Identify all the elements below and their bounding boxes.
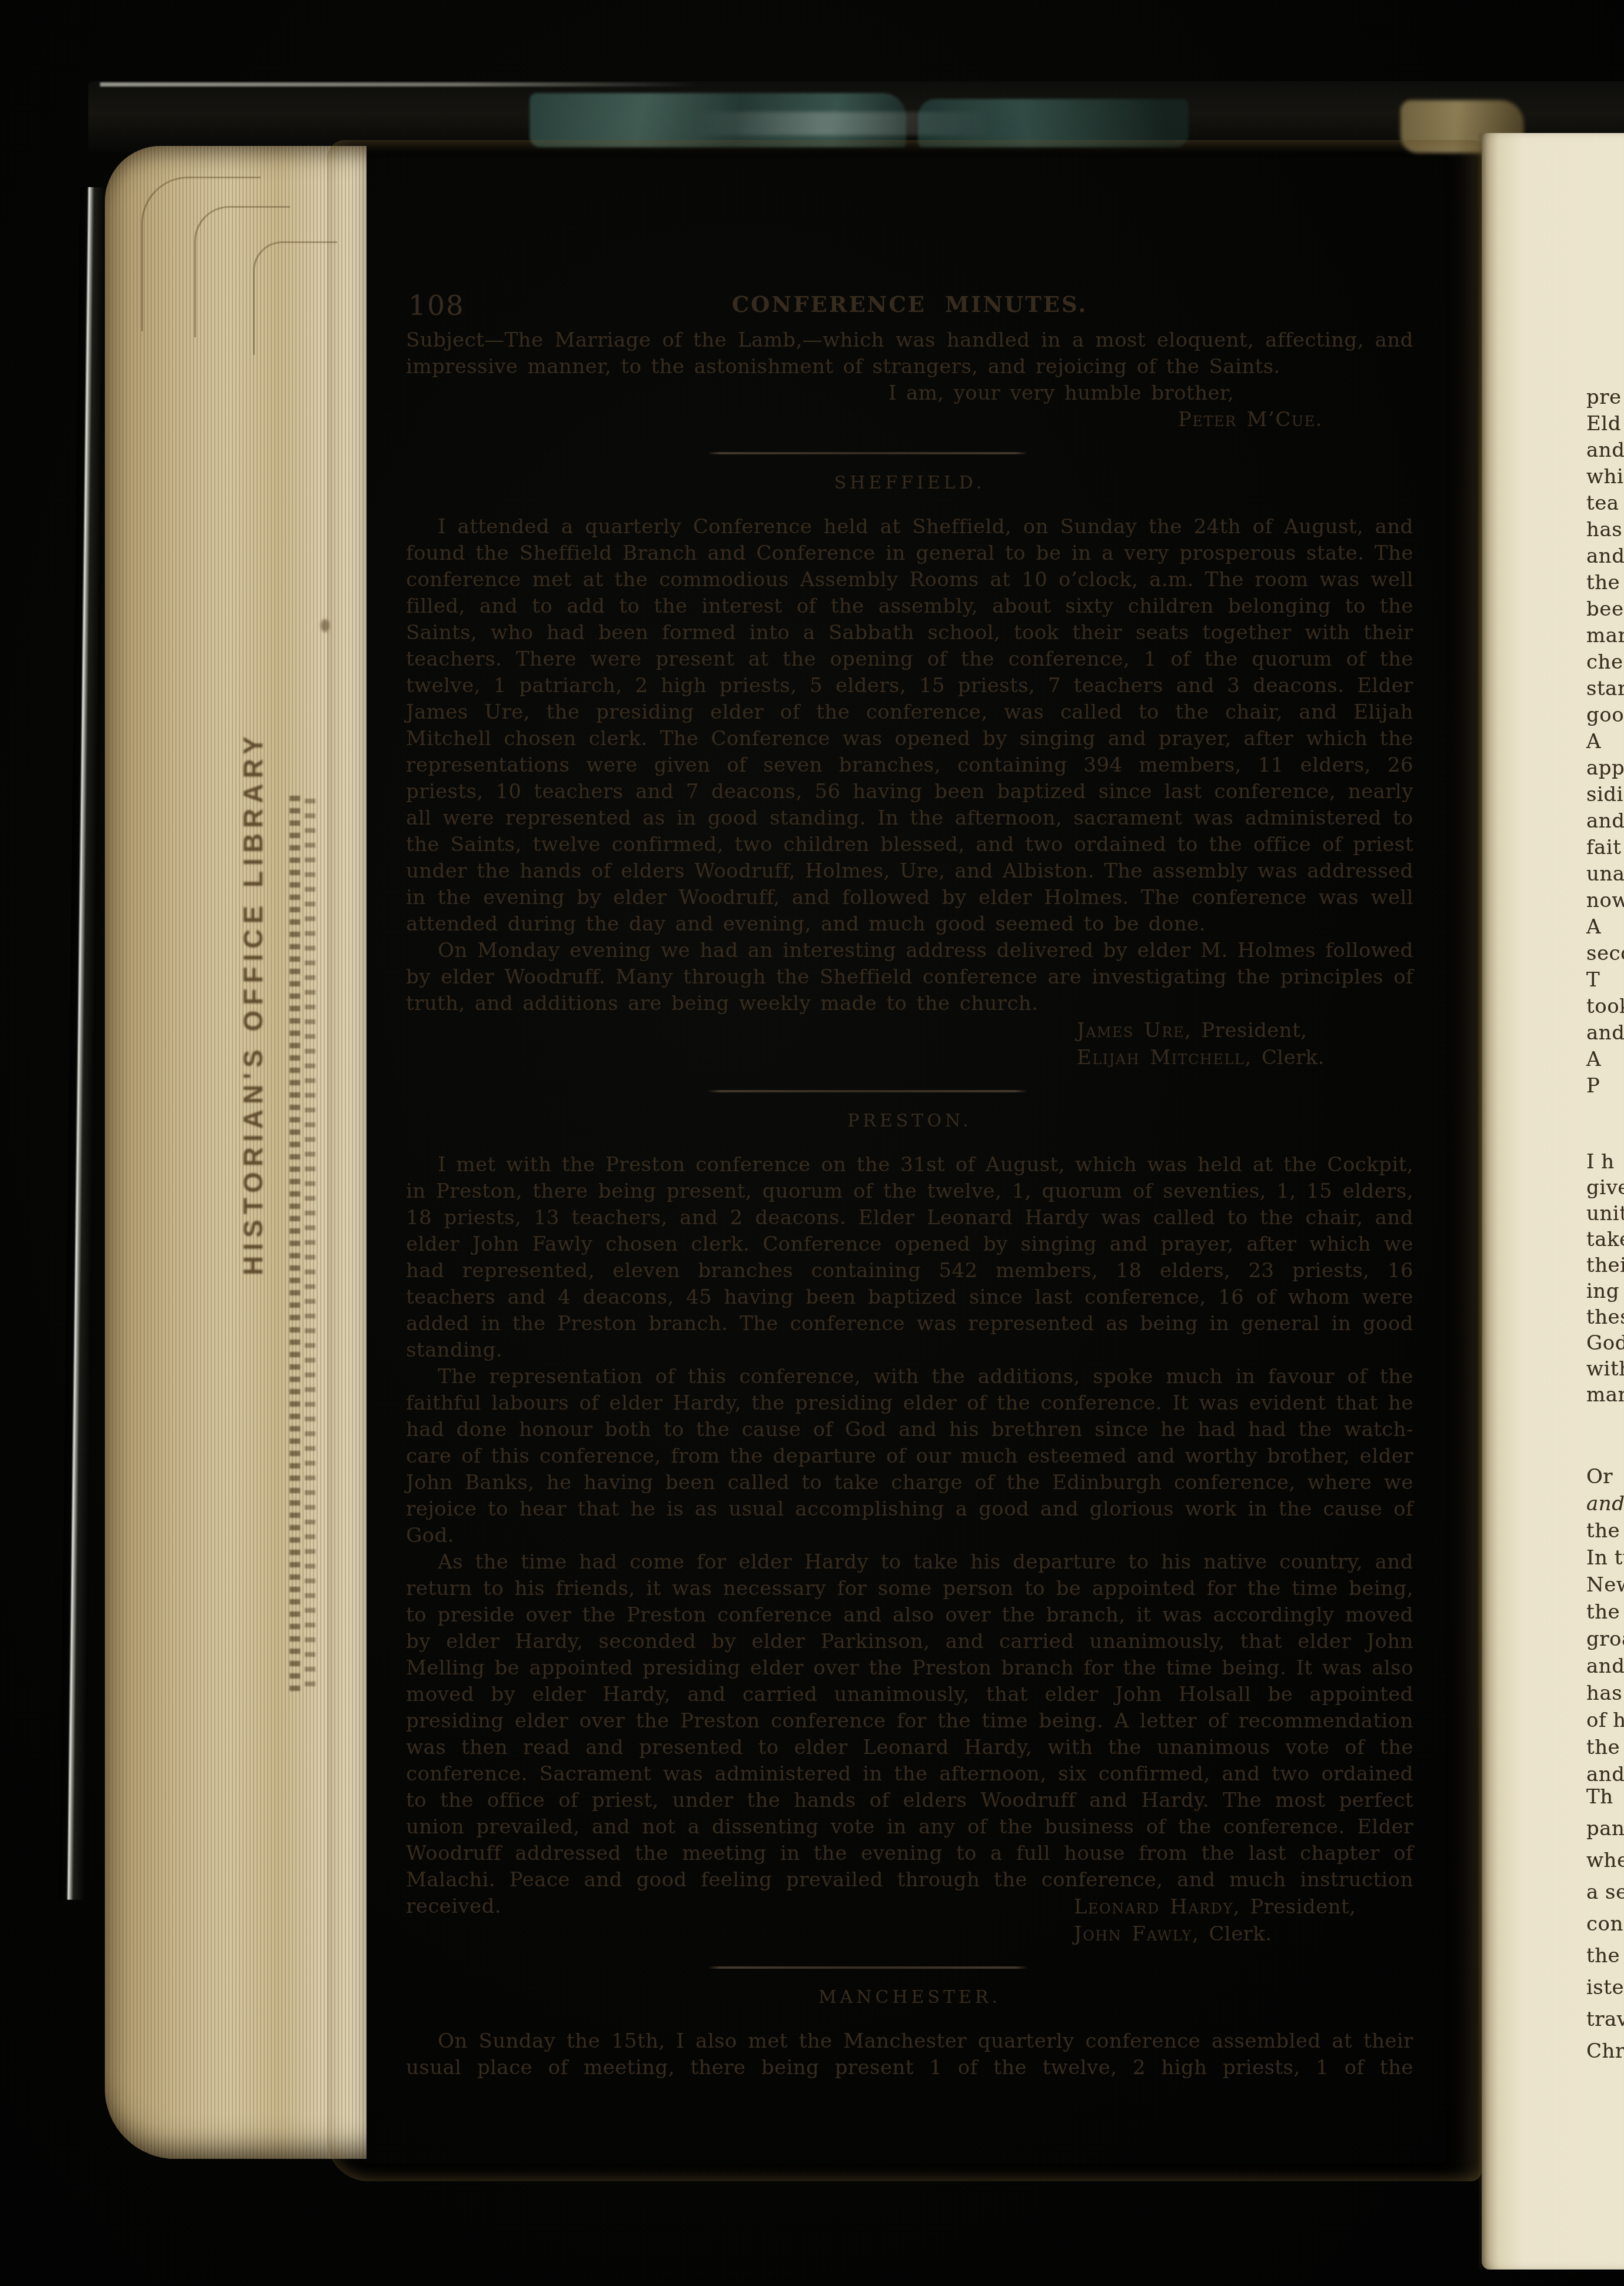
facing-page-fragment-block: I hgiveunitetaketheiring ttheseGodwithma… — [1586, 1149, 1624, 1408]
fragment-line: fait — [1586, 835, 1624, 861]
page-header: 108 CONFERENCE MINUTES. — [406, 281, 1413, 319]
fragment-line: Th — [1586, 1781, 1624, 1813]
fragment-line: tea — [1586, 490, 1624, 517]
fragment-line: T — [1586, 967, 1624, 994]
fragment-line: seco — [1586, 941, 1624, 967]
preston-paragraph-2: The representation of this conference, w… — [406, 1364, 1413, 1549]
fragment-line: has b — [1586, 1680, 1624, 1707]
fragment-line: and — [1586, 808, 1624, 835]
fragment-line: whi — [1586, 464, 1624, 490]
subject-paragraph: Subject—The Marriage of the Lamb,—which … — [406, 327, 1413, 380]
fragment-line: goo — [1586, 702, 1624, 729]
facing-page: preEldandwhiteahasandthebeemarchestargoo… — [1482, 133, 1624, 2270]
fragment-line: wher — [1586, 1845, 1624, 1876]
fragment-line: and — [1586, 543, 1624, 570]
fragment-line: New — [1586, 1571, 1624, 1599]
manchester-paragraph-1: On Sunday the 15th, I also met the Manch… — [406, 2028, 1413, 2081]
signature-title: Clerk. — [1209, 1922, 1272, 1946]
fragment-line: these — [1586, 1304, 1624, 1330]
ink-dash-strip — [289, 796, 300, 1696]
sheffield-signature-block: James Ure, President, Elijah Mitchell, C… — [1077, 1017, 1413, 1071]
facing-page-fragment-block: preEldandwhiteahasandthebeemarchestargoo… — [1586, 384, 1624, 1099]
fragment-line: now — [1586, 888, 1624, 914]
signature-name: Leonard Hardy, — [1074, 1895, 1240, 1919]
fragment-line: many — [1586, 1382, 1624, 1408]
fragment-line: take — [1586, 1227, 1624, 1252]
sheffield-paragraph-1: I attended a quarterly Conference held a… — [406, 514, 1413, 938]
preston-signature-block: Leonard Hardy, President, John Fawly, Cl… — [1074, 1893, 1413, 1948]
ink-dash-strip — [305, 796, 315, 1696]
fragment-line: A — [1586, 1046, 1624, 1073]
fragment-line: star — [1586, 676, 1624, 702]
fragment-line: A — [1586, 729, 1624, 755]
letter-signature: Peter M’Cue. — [1178, 407, 1413, 433]
section-divider — [707, 1966, 1028, 1969]
signature-title: Clerk. — [1262, 1046, 1325, 1069]
signature-title: President, — [1250, 1895, 1356, 1919]
fragment-line: give — [1586, 1175, 1624, 1201]
fragment-line: istere — [1586, 1972, 1624, 2003]
fragment-line: has — [1586, 517, 1624, 543]
fragment-line: sidi — [1586, 782, 1624, 808]
fragment-line: ing t — [1586, 1278, 1624, 1304]
fragment-line: Or — [1586, 1463, 1624, 1490]
fragment-line: che — [1586, 649, 1624, 676]
fragment-line: In tu — [1586, 1544, 1624, 1571]
stamp-ink-transfer-column — [287, 796, 321, 1696]
fragment-line: I h — [1586, 1149, 1624, 1175]
facing-page-fragment-block: Thpaniowhera seasconsithe wisteretravelC… — [1586, 1781, 1624, 2067]
fragment-line: a seas — [1586, 1876, 1624, 1908]
section-heading-preston: PRESTON. — [406, 1108, 1413, 1134]
fragment-line: app — [1586, 755, 1624, 782]
preston-paragraph-3: As the time had come for elder Hardy to … — [406, 1549, 1413, 1920]
signature-line: James Ure, President, — [1077, 1017, 1413, 1044]
fragment-line: groan — [1586, 1626, 1624, 1653]
fragment-line: Eld — [1586, 411, 1624, 437]
fragment-line: and — [1586, 1490, 1624, 1517]
fragment-line: and l — [1586, 1653, 1624, 1680]
main-page: 108 CONFERENCE MINUTES. Subject—The Marr… — [327, 140, 1482, 2181]
fragment-line: Chris — [1586, 2035, 1624, 2067]
book-scan: HISTORIAN'S OFFICE LIBRARY preEldandwhit… — [0, 0, 1624, 2286]
fragment-line: the w — [1586, 1940, 1624, 1972]
fragment-line: P — [1586, 1073, 1624, 1099]
fragment-line: the d — [1586, 1599, 1624, 1626]
page-text-column: 108 CONFERENCE MINUTES. Subject—The Marr… — [406, 281, 1413, 2081]
binding-gloss-highlight — [694, 112, 1118, 135]
historians-office-library-stamp: HISTORIAN'S OFFICE LIBRARY — [237, 781, 278, 1275]
fragment-line: travel — [1586, 2003, 1624, 2035]
running-header: CONFERENCE MINUTES. — [406, 291, 1413, 318]
signature-name: Elijah Mitchell, — [1077, 1046, 1252, 1069]
facing-page-fragment-block: Orandthe CIn tuNewthe dgroanand lhas bof… — [1586, 1463, 1624, 1788]
fragment-line: took — [1586, 994, 1624, 1020]
signature-line: Elijah Mitchell, Clerk. — [1077, 1044, 1413, 1071]
fragment-line: bee — [1586, 596, 1624, 623]
preston-paragraph-1: I met with the Preston conference on the… — [406, 1152, 1413, 1364]
fragment-line: of hi — [1586, 1707, 1624, 1734]
signature-name: John Fawly, — [1074, 1922, 1199, 1946]
section-heading-manchester: MANCHESTER. — [406, 1984, 1413, 2011]
fragment-line: panio — [1586, 1813, 1624, 1845]
page-stack-corner-step — [253, 241, 337, 355]
fragment-line: with — [1586, 1356, 1624, 1382]
fragment-line: A — [1586, 914, 1624, 941]
signature-title: President, — [1202, 1019, 1307, 1042]
fragment-line: consi — [1586, 1908, 1624, 1940]
fragment-line: the lo — [1586, 1734, 1624, 1761]
section-divider — [707, 1090, 1028, 1092]
signature-line: John Fawly, Clerk. — [1074, 1920, 1413, 1948]
fragment-line: unite — [1586, 1201, 1624, 1227]
section-heading-sheffield: SHEFFIELD. — [406, 470, 1413, 496]
fragment-line: their — [1586, 1252, 1624, 1278]
fragment-line: pre — [1586, 384, 1624, 411]
fragment-line: the C — [1586, 1517, 1624, 1544]
fragment-line: una — [1586, 861, 1624, 888]
left-cover-edge — [59, 187, 106, 1900]
sheffield-paragraph-2: On Monday evening we had an interesting … — [406, 938, 1413, 1017]
section-divider — [707, 452, 1028, 454]
fragment-line: and — [1586, 437, 1624, 464]
signature-name: James Ure, — [1077, 1019, 1192, 1042]
valediction-line: I am, your very humble brother, — [888, 380, 1413, 407]
cover-board-edge-highlight — [100, 82, 700, 87]
fragment-line: mar — [1586, 623, 1624, 649]
signature-line: Leonard Hardy, President, — [1074, 1893, 1413, 1920]
fragment-line: God — [1586, 1330, 1624, 1356]
fragment-line: and — [1586, 1020, 1624, 1046]
fragment-line: the — [1586, 570, 1624, 596]
